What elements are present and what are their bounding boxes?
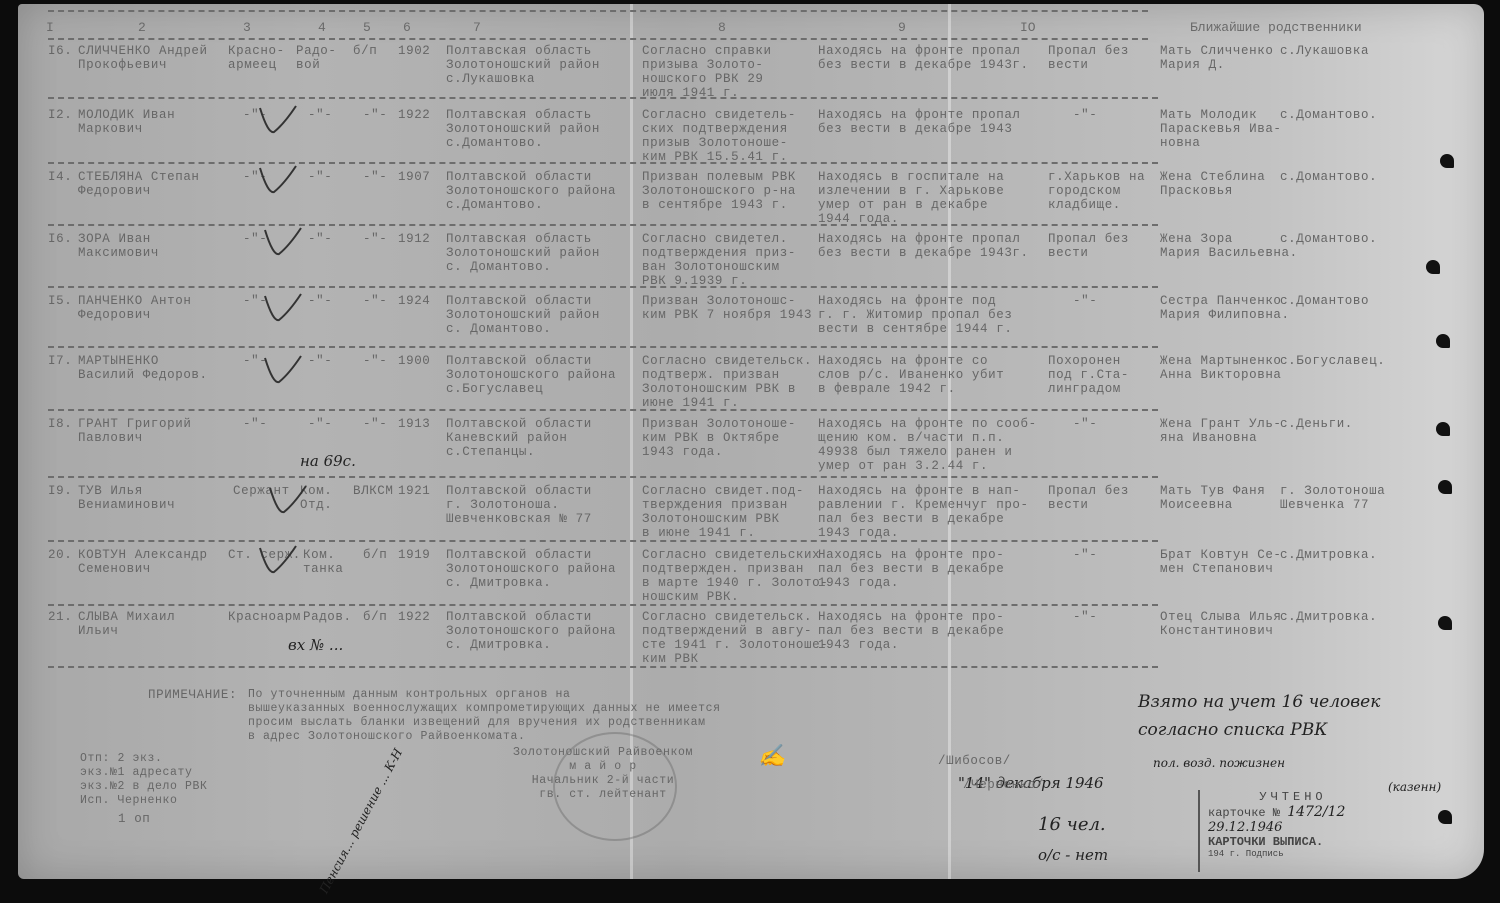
position: -"- bbox=[308, 108, 332, 122]
handwritten-count: 16 чел. bbox=[1038, 814, 1106, 835]
relative: Жена Зора Мария Васильевна. bbox=[1160, 232, 1298, 260]
checkmark-icon bbox=[258, 104, 298, 138]
relative-address: г. Золотоноша Шевченка 77 bbox=[1280, 484, 1385, 512]
fate: Находясь на фронте в нап- равлении г. Кр… bbox=[818, 484, 1029, 540]
stamp-sub: КАРТОЧКИ ВЫПИСА. bbox=[1208, 835, 1378, 849]
party: б/п bbox=[363, 610, 387, 624]
draft-info: Согласно свидетельских подтвержден. приз… bbox=[642, 548, 828, 604]
handwritten-note: согласно списка РВК bbox=[1138, 720, 1327, 740]
divider bbox=[48, 409, 1158, 411]
birth-year: 1902 bbox=[398, 44, 430, 58]
rank: -"- bbox=[243, 417, 267, 431]
relative: Отец Слыва Илья Константинович bbox=[1160, 610, 1282, 638]
col-header-8: 8 bbox=[718, 20, 726, 35]
party: -"- bbox=[363, 417, 387, 431]
position: -"- bbox=[308, 417, 332, 431]
relative-address: с.Домантово bbox=[1280, 294, 1369, 308]
stamp-card: карточке № 1472/12 bbox=[1208, 804, 1378, 820]
signature-block: Золотоношский Райвоенком м а й о р Начал… bbox=[513, 746, 693, 802]
col-header-7: 7 bbox=[473, 20, 481, 35]
party: -"- bbox=[363, 170, 387, 184]
relative-address: с.Богуславец. bbox=[1280, 354, 1385, 368]
home-address: Полтавской области Золотоношский район с… bbox=[446, 294, 600, 336]
row-number: I9. bbox=[48, 484, 72, 498]
divider bbox=[48, 666, 1158, 668]
handwritten-note: о/с - нет bbox=[1038, 846, 1108, 864]
row-number: I4. bbox=[48, 170, 72, 184]
party: б/п bbox=[353, 44, 377, 58]
party: б/п bbox=[363, 548, 387, 562]
relative-address: с.Домантово. bbox=[1280, 108, 1377, 122]
fate: Находясь на фронте пропал без вести в де… bbox=[818, 108, 1021, 136]
soldier-name: ГРАНТ Григорий Павлович bbox=[78, 417, 191, 445]
col-header-1: I bbox=[46, 20, 54, 35]
relative-address: с.Дмитровка. bbox=[1280, 610, 1377, 624]
soldier-name: МАРТЫНЕНКО Василий Федоров. bbox=[78, 354, 208, 382]
copies-sub: 1 оп bbox=[118, 812, 150, 826]
party: ВЛКСМ bbox=[353, 484, 394, 498]
draft-info: Согласно свидетель- ских подтверждения п… bbox=[642, 108, 796, 164]
divider bbox=[48, 38, 1148, 40]
relative-address: с.Деньги. bbox=[1280, 417, 1353, 431]
burial: -"- bbox=[1073, 610, 1097, 624]
home-address: Полтавской области Золотоношского района… bbox=[446, 170, 616, 212]
stamp-line: 194 г. Подпись bbox=[1208, 849, 1378, 859]
burial: г.Харьков на городском кладбище. bbox=[1048, 170, 1145, 212]
soldier-name: СТЕБЛЯНА Степан Федорович bbox=[78, 170, 200, 198]
relative-address: с.Лукашовка bbox=[1280, 44, 1369, 58]
fate: Находясь на фронте со слов р/с. Иваненко… bbox=[818, 354, 1004, 396]
checkmark-icon bbox=[268, 484, 308, 518]
draft-info: Призван Золотоноше- ким РВК в Октябре 19… bbox=[642, 417, 796, 459]
position: -"- bbox=[308, 170, 332, 184]
fate: Находясь на фронте под г. г. Житомир про… bbox=[818, 294, 1012, 336]
party: -"- bbox=[363, 108, 387, 122]
home-address: Полтавской области Каневский район с.Сте… bbox=[446, 417, 592, 459]
registered-stamp: УЧТЕНО карточке № 1472/12 29.12.1946 КАР… bbox=[1198, 790, 1378, 872]
burial: -"- bbox=[1073, 548, 1097, 562]
burial: Пропал без вести bbox=[1048, 484, 1129, 512]
copies-info: Отп: 2 экз. экз.№1 адресату экз.№2 в дел… bbox=[80, 752, 208, 808]
soldier-name: СЛИЧЧЕНКО Андрей Прокофьевич bbox=[78, 44, 208, 72]
fate: Находясь на фронте по сооб- щению ком. в… bbox=[818, 417, 1037, 473]
punch-hole bbox=[1438, 616, 1452, 630]
divider bbox=[48, 540, 1158, 542]
birth-year: 1907 bbox=[398, 170, 430, 184]
draft-info: Призван полевым РВК Золотоношского р-на … bbox=[642, 170, 796, 212]
rank: Красноарм bbox=[228, 610, 301, 624]
handwritten-note: (казенн) bbox=[1388, 780, 1441, 794]
burial: Пропал без вести bbox=[1048, 232, 1129, 260]
signature: ✍ bbox=[758, 744, 785, 769]
position: -"- bbox=[308, 294, 332, 308]
draft-info: Согласно свидетел. подтверждения приз- в… bbox=[642, 232, 796, 288]
birth-year: 1922 bbox=[398, 610, 430, 624]
home-address: Полтавской области Золотоношского района… bbox=[446, 610, 616, 652]
party: -"- bbox=[363, 294, 387, 308]
divider bbox=[48, 286, 1158, 288]
fate: Находясь на фронте про- пал без вести в … bbox=[818, 548, 1004, 590]
checkmark-icon bbox=[258, 164, 298, 198]
rank: Красно- армеец bbox=[228, 44, 285, 72]
punch-hole bbox=[1426, 260, 1440, 274]
home-address: Полтавской области Золотоношского района… bbox=[446, 548, 616, 590]
soldier-name: МОЛОДИК Иван Маркович bbox=[78, 108, 175, 136]
punch-hole bbox=[1436, 334, 1450, 348]
row-number: I5. bbox=[48, 294, 72, 308]
soldier-name: ПАНЧЕНКО Антон Федорович bbox=[78, 294, 191, 322]
handwritten-note: на 69с. bbox=[300, 452, 356, 470]
draft-info: Согласно свидетельск. подтверждений в ав… bbox=[642, 610, 828, 666]
divider bbox=[48, 97, 1158, 99]
divider bbox=[48, 224, 1158, 226]
col-header-relatives: Ближайшие родственники bbox=[1190, 20, 1362, 35]
checkmark-icon bbox=[258, 544, 298, 578]
soldier-name: СЛЫВА Михаил Ильич bbox=[78, 610, 175, 638]
handwritten-note: вх № ... bbox=[288, 636, 343, 654]
birth-year: 1913 bbox=[398, 417, 430, 431]
col-header-10: IO bbox=[1020, 20, 1036, 35]
divider bbox=[48, 10, 1148, 12]
party: -"- bbox=[363, 354, 387, 368]
home-address: Полтавская область Золотоношский район с… bbox=[446, 108, 600, 150]
draft-info: Согласно свидетельск. подтверж. призван … bbox=[642, 354, 812, 410]
relative: Брат Ковтун Се- мен Степанович bbox=[1160, 548, 1282, 576]
row-number: I6. bbox=[48, 232, 72, 246]
home-address: Полтавской области г. Золотоноша. Шевчен… bbox=[446, 484, 592, 526]
fate: Находясь на фронте про- пал без вести в … bbox=[818, 610, 1004, 652]
divider bbox=[48, 476, 1158, 478]
draft-info: Согласно справки призыва Золото- ношског… bbox=[642, 44, 772, 100]
stamp-card-number: 1472/12 bbox=[1287, 804, 1345, 820]
stamp-date: 29.12.1946 bbox=[1208, 820, 1378, 835]
home-address: Полтавской области Золотоношского района… bbox=[446, 354, 616, 396]
row-number: I7. bbox=[48, 354, 72, 368]
birth-year: 1924 bbox=[398, 294, 430, 308]
handwritten-note: Взято на учет 16 человек bbox=[1138, 692, 1380, 712]
party: -"- bbox=[363, 232, 387, 246]
burial: -"- bbox=[1073, 108, 1097, 122]
relative: Мать Сличченко Мария Д. bbox=[1160, 44, 1273, 72]
burial: Похоронен под г.Ста- линградом bbox=[1048, 354, 1129, 396]
punch-hole bbox=[1436, 422, 1450, 436]
handwritten-note: Пенсия... решение ... К-Н bbox=[317, 746, 405, 896]
fate: Находясь на фронте пропал без вести в де… bbox=[818, 232, 1029, 260]
birth-year: 1900 bbox=[398, 354, 430, 368]
punch-hole bbox=[1438, 480, 1452, 494]
handwritten-note: пол. возд. пожизнен bbox=[1153, 756, 1285, 770]
col-header-5: 5 bbox=[363, 20, 371, 35]
home-address: Полтавская область Золотоношский район с… bbox=[446, 232, 600, 274]
document-page: I 2 3 4 5 6 7 8 9 IO Ближайшие родственн… bbox=[18, 4, 1484, 879]
relative: Жена Грант Уль- яна Ивановна bbox=[1160, 417, 1282, 445]
checkmark-icon bbox=[263, 226, 303, 260]
relative-address: с.Домантово. bbox=[1280, 232, 1377, 246]
soldier-name: ТУВ Илья Вениаминович bbox=[78, 484, 175, 512]
row-number: I2. bbox=[48, 108, 72, 122]
fate: Находясь на фронте пропал без вести в де… bbox=[818, 44, 1029, 72]
divider bbox=[48, 162, 1158, 164]
stamp-card-label: карточке № bbox=[1208, 806, 1280, 820]
relative: Жена Мартыненко Анна Викторовна bbox=[1160, 354, 1282, 382]
signer-name-2: /Черненко/ bbox=[963, 778, 1044, 792]
home-address: Полтавская область Золотоношский район с… bbox=[446, 44, 600, 86]
relative: Жена Стеблина Прасковья bbox=[1160, 170, 1265, 198]
draft-info: Призван Золотоношс- ким РВК 7 ноября 194… bbox=[642, 294, 812, 322]
col-header-6: 6 bbox=[403, 20, 411, 35]
row-number: I6. bbox=[48, 44, 72, 58]
relative-address: с.Дмитровка. bbox=[1280, 548, 1377, 562]
signer-name-1: /Шибосов/ bbox=[938, 754, 1011, 768]
col-header-9: 9 bbox=[898, 20, 906, 35]
relative-address: с.Домантово. bbox=[1280, 170, 1377, 184]
burial: -"- bbox=[1073, 294, 1097, 308]
birth-year: 1912 bbox=[398, 232, 430, 246]
position: Радов. bbox=[303, 610, 352, 624]
punch-hole bbox=[1438, 810, 1452, 824]
punch-hole bbox=[1440, 154, 1454, 168]
checkmark-icon bbox=[263, 292, 303, 326]
note-label: ПРИМЕЧАНИЕ: bbox=[148, 688, 237, 702]
relative: Сестра Панченко Мария Филиповна. bbox=[1160, 294, 1290, 322]
position: -"- bbox=[308, 354, 332, 368]
col-header-4: 4 bbox=[318, 20, 326, 35]
stamp-title: УЧТЕНО bbox=[1208, 790, 1378, 804]
divider bbox=[48, 346, 1158, 348]
relative: Мать Молодик Параскевья Ива- новна bbox=[1160, 108, 1282, 150]
fate: Находясь в госпитале на излечении в г. Х… bbox=[818, 170, 1004, 226]
row-number: I8. bbox=[48, 417, 72, 431]
burial: Пропал без вести bbox=[1048, 44, 1129, 72]
birth-year: 1921 bbox=[398, 484, 430, 498]
burial: -"- bbox=[1073, 417, 1097, 431]
soldier-name: ЗОРА Иван Максимович bbox=[78, 232, 159, 260]
draft-info: Согласно свидет.под- тверждения призван … bbox=[642, 484, 804, 540]
position: -"- bbox=[308, 232, 332, 246]
col-header-2: 2 bbox=[138, 20, 146, 35]
position: Радо- вой bbox=[296, 44, 337, 72]
position: Ком. танка bbox=[303, 548, 344, 576]
relative: Мать Тув Фаня Моисеевна bbox=[1160, 484, 1265, 512]
note-text: По уточненным данным контрольных органов… bbox=[248, 688, 721, 744]
checkmark-icon bbox=[263, 354, 303, 388]
col-header-3: 3 bbox=[243, 20, 251, 35]
row-number: 21. bbox=[48, 610, 72, 624]
birth-year: 1922 bbox=[398, 108, 430, 122]
soldier-name: КОВТУН Александр Семенович bbox=[78, 548, 208, 576]
divider bbox=[48, 604, 1158, 606]
row-number: 20. bbox=[48, 548, 72, 562]
birth-year: 1919 bbox=[398, 548, 430, 562]
